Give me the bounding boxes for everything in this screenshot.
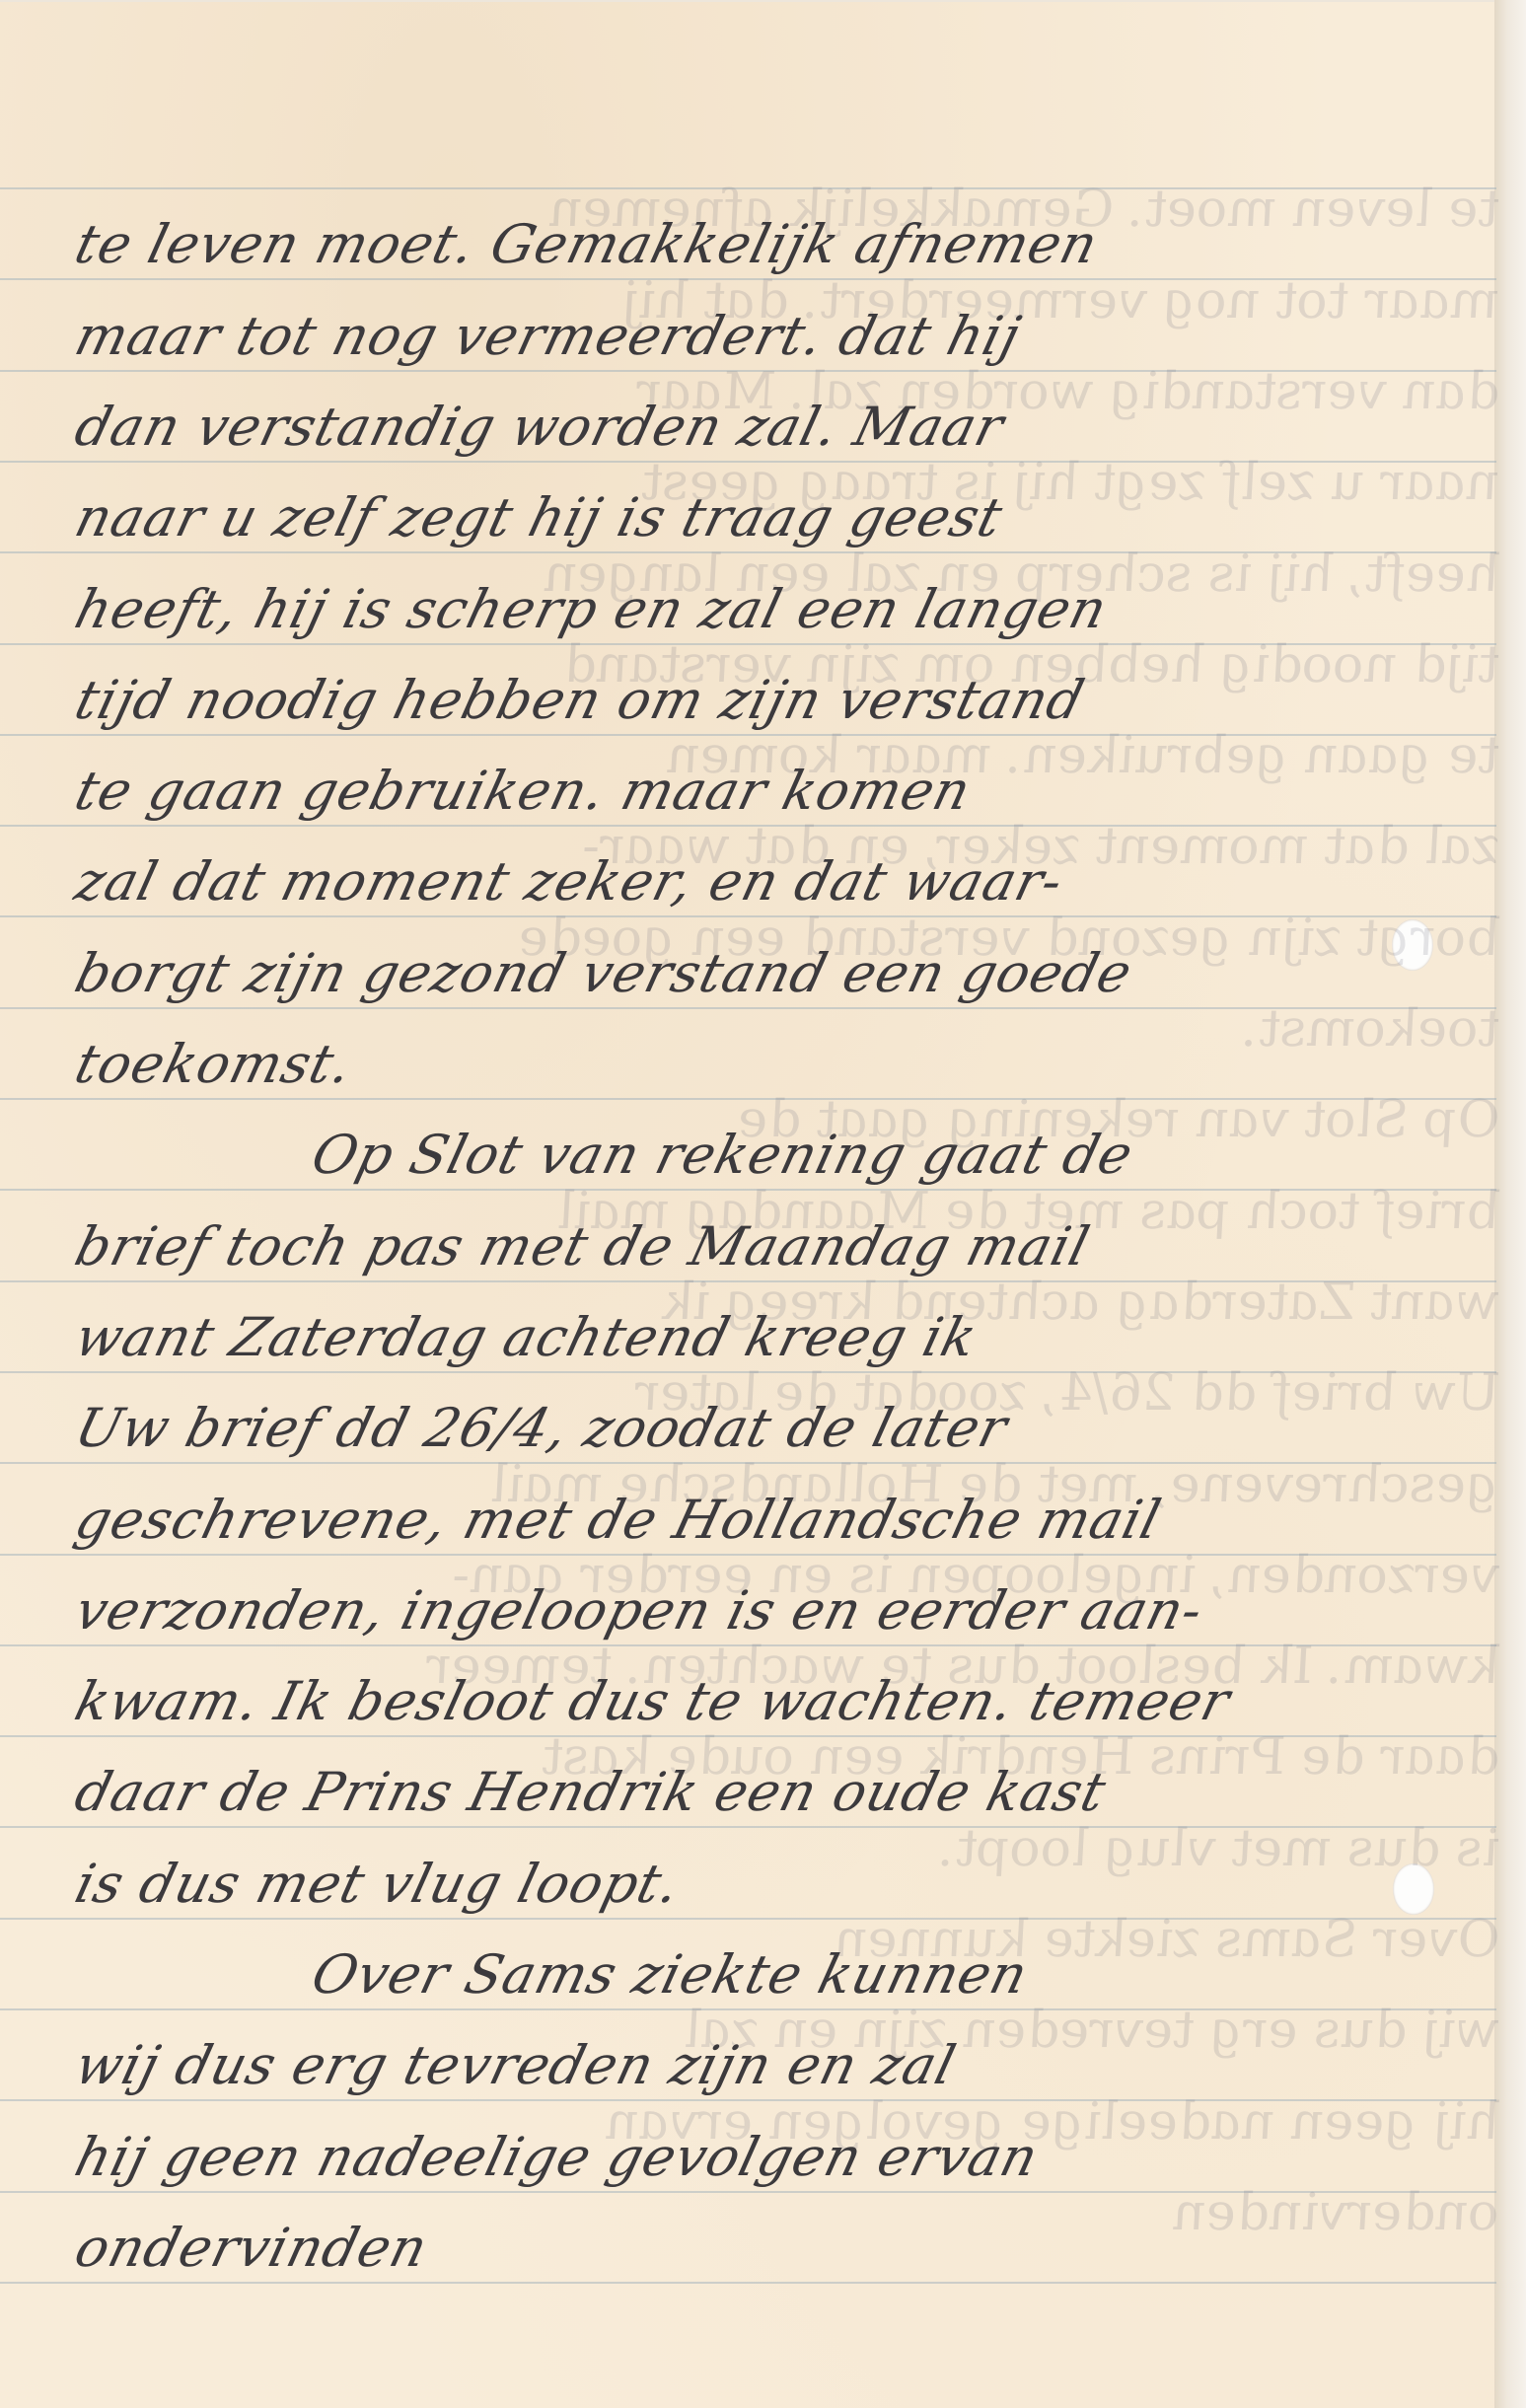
text-line: kwam. Ik besloot dus te wachten. temeer xyxy=(69,1670,1237,1732)
text-line: tijd noodig hebben om zijn verstand xyxy=(69,669,1091,731)
text-line: zal dat moment zeker, en dat waar- xyxy=(69,850,1069,912)
text-line: wij dus erg tevreden zijn en zal xyxy=(69,2034,962,2096)
text-line: want Zaterdag achtend kreeg ik xyxy=(69,1306,983,1368)
paragraph-start-line: Op Slot van rekening gaat de xyxy=(69,1124,1139,1186)
text-line: toekomst. xyxy=(69,1033,359,1095)
text-line: borgt zijn gezond verstand een goede xyxy=(69,942,1138,1004)
text-line: te gaan gebruiken. maar komen xyxy=(69,760,978,822)
text-line: daar de Prins Hendrik een oude kast xyxy=(69,1761,1113,1823)
text-line: naar u zelf zegt hij is traag geest xyxy=(69,486,1009,548)
paragraph-start-line: Over Sams ziekte kunnen xyxy=(69,1943,1035,2006)
text-line: maar tot nog vermeerdert. dat hij xyxy=(69,305,1027,367)
text-line: hij geen nadeelige gevolgen ervan xyxy=(69,2126,1045,2188)
text-line: brief toch pas met de Maandag mail xyxy=(69,1215,1096,1277)
text-line: heeft, hij is scherp en zal een langen xyxy=(69,578,1114,640)
text-line: dan verstandig worden zal. Maar xyxy=(69,396,1010,458)
text-line: verzonden, ingeloopen is en eerder aan- xyxy=(69,1579,1209,1642)
text-line: ondervinden xyxy=(69,2217,434,2279)
text-line: geschrevene, met de Hollandsche mail xyxy=(69,1489,1167,1551)
text-line: Uw brief dd 26/4, zoodat de later xyxy=(69,1397,1014,1459)
ruled-line xyxy=(0,2282,1496,2284)
text-line: is dus met vlug loopt. xyxy=(69,1853,687,1915)
text-line: te leven moet. Gemakkelijk afnemen xyxy=(69,213,1105,275)
